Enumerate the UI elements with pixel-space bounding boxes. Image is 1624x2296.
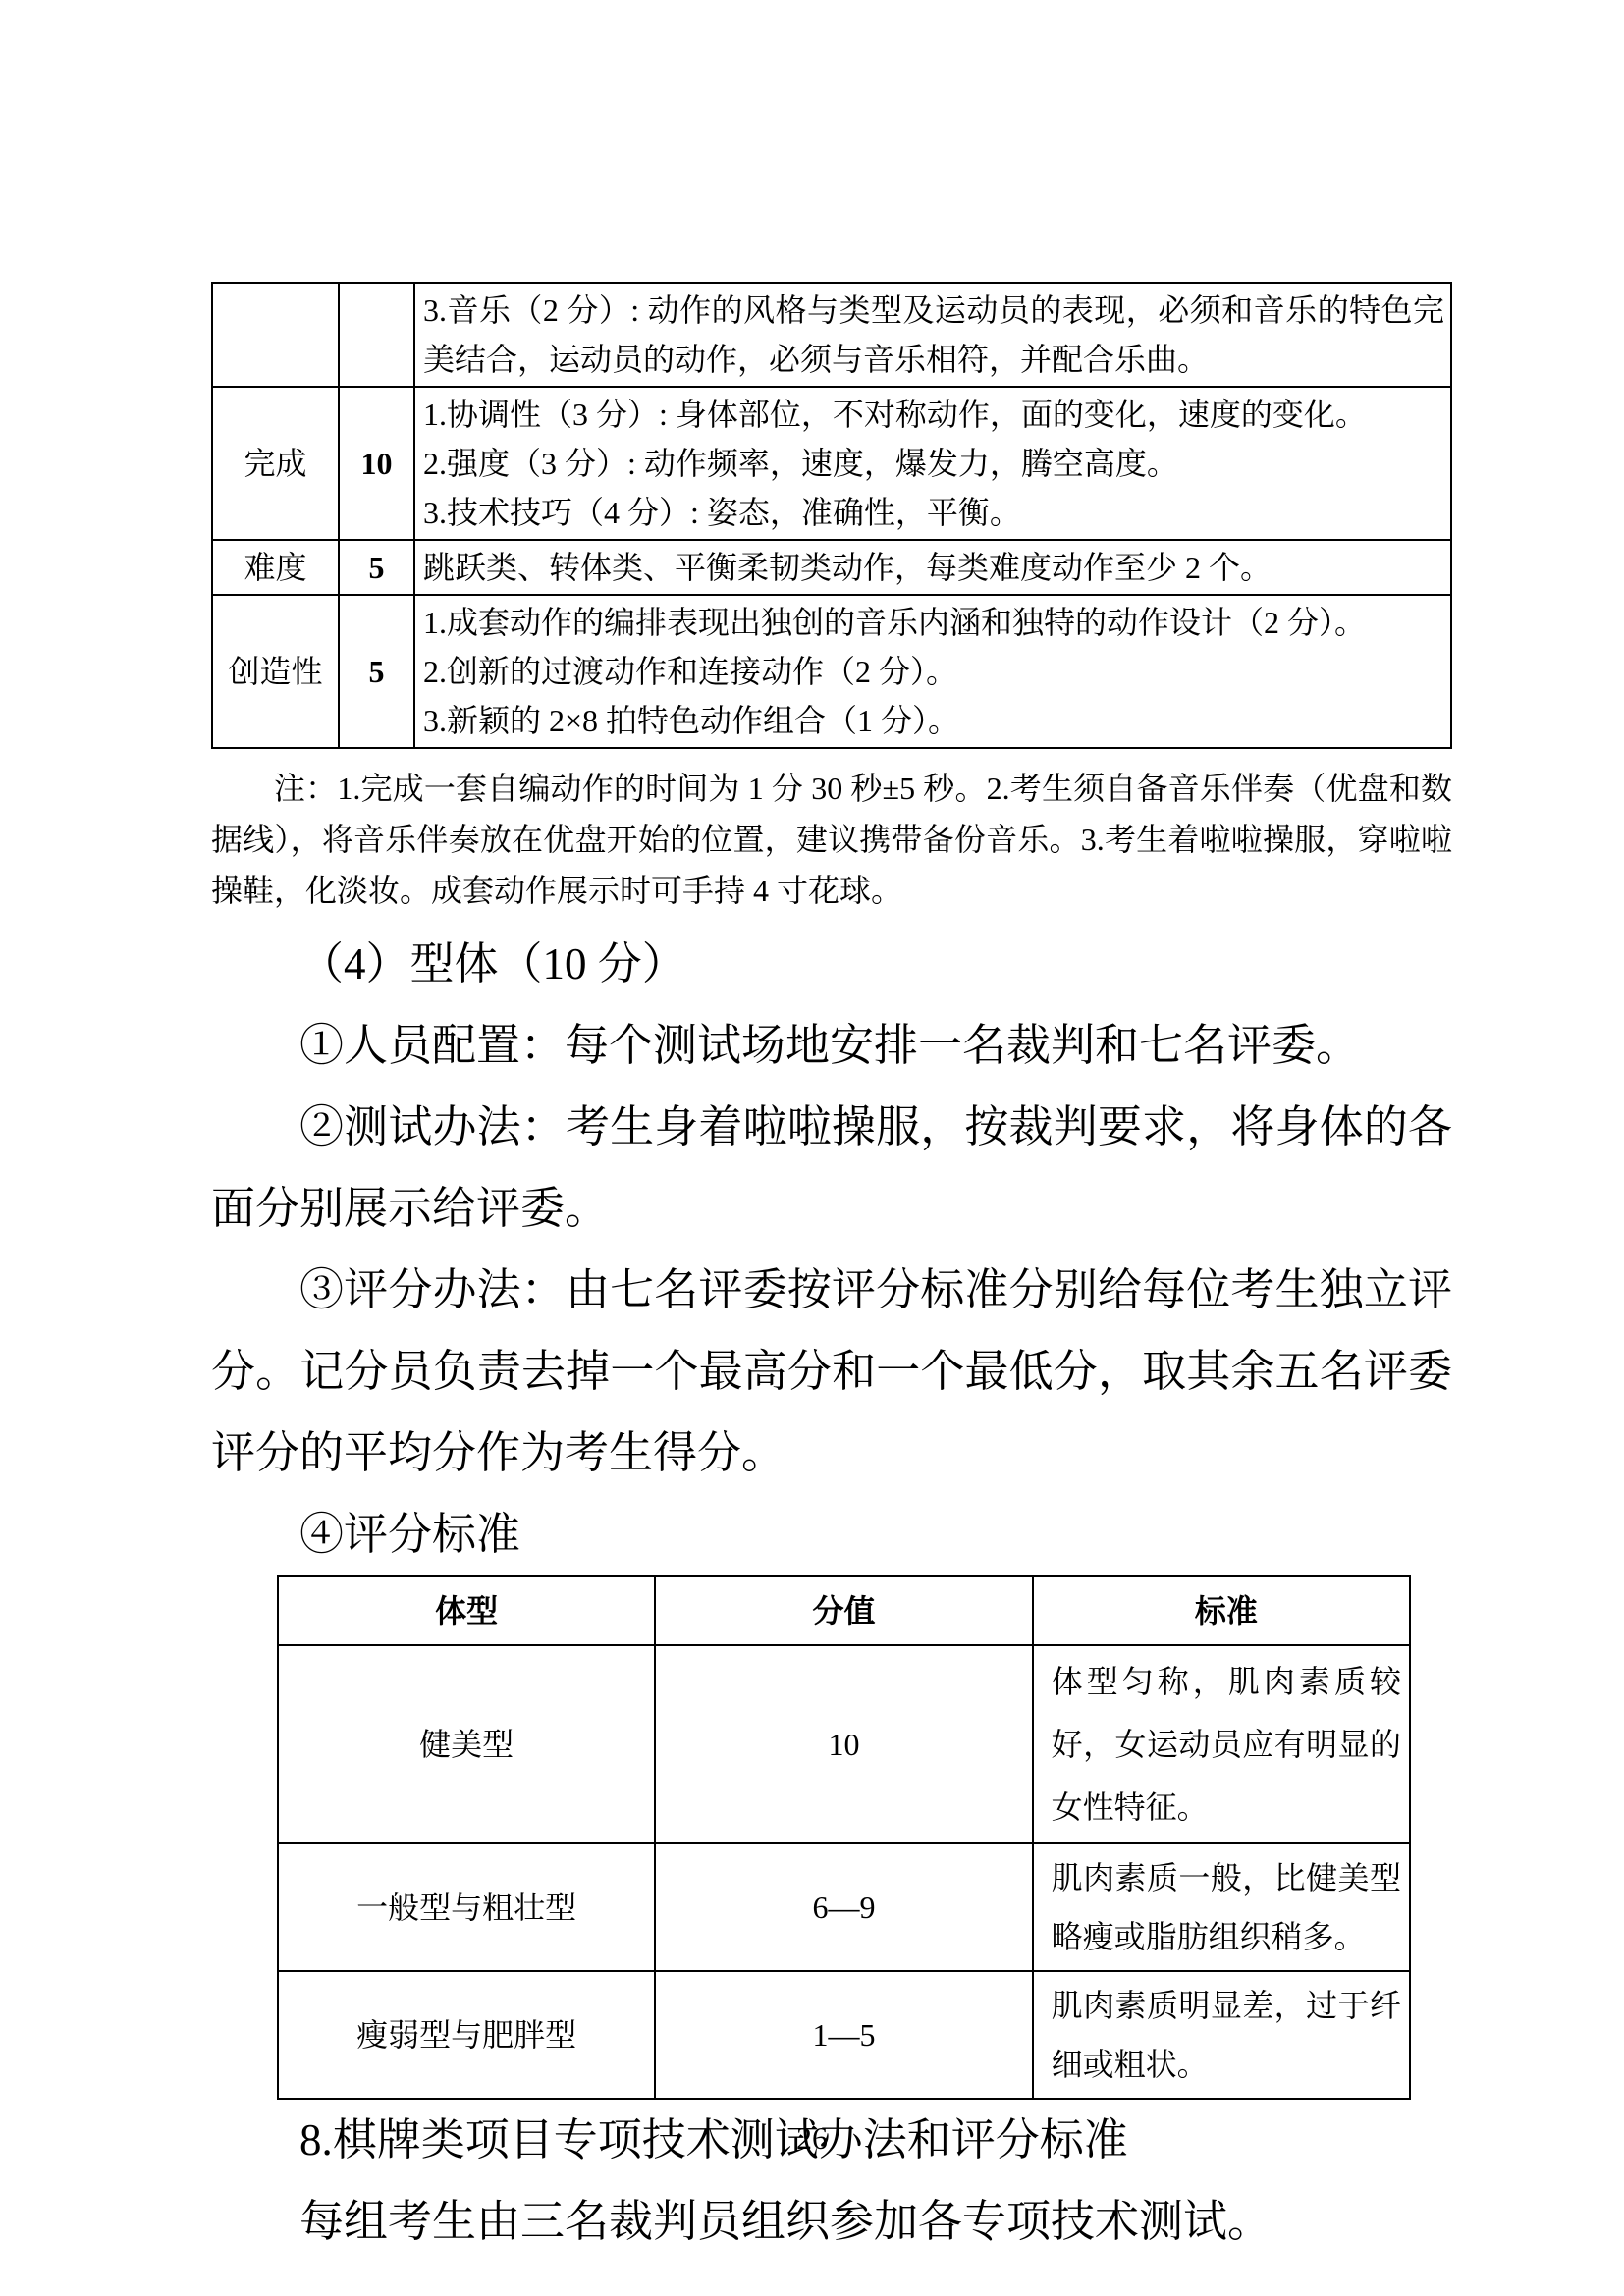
criterion-cell: 完成 — [212, 387, 339, 540]
score-cell: 6—9 — [655, 1843, 1032, 1971]
body-type-standard-table: 体型 分值 标准 健美型 10 体型匀称，肌肉素质较好，女运动员应有明显的女性特… — [277, 1575, 1411, 2100]
description-line: 3.技术技巧（4 分）: 姿态，准确性，平衡。 — [423, 488, 1444, 537]
criterion-cell: 创造性 — [212, 595, 339, 748]
cheerleading-scoring-table: 3.音乐（2 分）: 动作的风格与类型及运动员的表现，必须和音乐的特色完美结合，… — [211, 282, 1452, 749]
standard-cell: 体型匀称，肌肉素质较好，女运动员应有明显的女性特征。 — [1033, 1645, 1410, 1843]
body-type-cell: 一般型与粗壮型 — [278, 1843, 655, 1971]
paragraph-scoring-method: ③评分办法：由七名评委按评分标准分别给每位考生独立评分。记分员负责去掉一个最高分… — [211, 1250, 1452, 1494]
paragraph-test-method: ②测试办法：考生身着啦啦操服，按裁判要求，将身体的各面分别展示给评委。 — [211, 1087, 1452, 1250]
table-row-average: 一般型与粗壮型 6—9 肌肉素质一般，比健美型略瘦或脂肪组织稍多。 — [278, 1843, 1410, 1971]
page-number: 26 — [0, 2120, 1624, 2157]
table-row-creativity: 创造性 5 1.成套动作的编排表现出独创的音乐内涵和独特的动作设计（2 分）。 … — [212, 595, 1451, 748]
page-content: 3.音乐（2 分）: 动作的风格与类型及运动员的表现，必须和音乐的特色完美结合，… — [211, 282, 1452, 2263]
table-row-music: 3.音乐（2 分）: 动作的风格与类型及运动员的表现，必须和音乐的特色完美结合，… — [212, 283, 1451, 387]
heading-body-shape: （4）型体（10 分） — [211, 924, 1452, 1005]
table-row-completion: 完成 10 1.协调性（3 分）: 身体部位，不对称动作，面的变化，速度的变化。… — [212, 387, 1451, 540]
description-cell: 1.协调性（3 分）: 身体部位，不对称动作，面的变化，速度的变化。 2.强度（… — [414, 387, 1451, 540]
description-cell: 1.成套动作的编排表现出独创的音乐内涵和独特的动作设计（2 分）。 2.创新的过… — [414, 595, 1451, 748]
document-page: 3.音乐（2 分）: 动作的风格与类型及运动员的表现，必须和音乐的特色完美结合，… — [0, 0, 1624, 2296]
description-line: 2.创新的过渡动作和连接动作（2 分）。 — [423, 647, 1444, 696]
score-cell — [339, 283, 414, 387]
table-note: 注：1.完成一套自编动作的时间为 1 分 30 秒±5 秒。2.考生须自备音乐伴… — [211, 763, 1452, 916]
criterion-cell: 难度 — [212, 540, 339, 595]
score-cell: 5 — [339, 595, 414, 748]
header-body-type: 体型 — [278, 1576, 655, 1645]
table-header-row: 体型 分值 标准 — [278, 1576, 1410, 1645]
score-cell: 10 — [339, 387, 414, 540]
body-type-cell: 健美型 — [278, 1645, 655, 1843]
body-type-cell: 瘦弱型与肥胖型 — [278, 1971, 655, 2099]
score-cell: 5 — [339, 540, 414, 595]
description-line: 2.强度（3 分）: 动作频率，速度，爆发力，腾空高度。 — [423, 439, 1444, 488]
paragraph-chess-groups: 每组考生由三名裁判员组织参加各专项技术测试。 — [211, 2181, 1452, 2263]
table-row-athletic: 健美型 10 体型匀称，肌肉素质较好，女运动员应有明显的女性特征。 — [278, 1645, 1410, 1843]
description-cell: 3.音乐（2 分）: 动作的风格与类型及运动员的表现，必须和音乐的特色完美结合，… — [414, 283, 1451, 387]
description-line: 1.成套动作的编排表现出独创的音乐内涵和独特的动作设计（2 分）。 — [423, 598, 1444, 647]
description-line: 跳跃类、转体类、平衡柔韧类动作，每类难度动作至少 2 个。 — [423, 543, 1444, 592]
paragraph-scoring-standard-label: ④评分标准 — [211, 1494, 1452, 1575]
description-line: 3.新颖的 2×8 拍特色动作组合（1 分）。 — [423, 696, 1444, 745]
description-cell: 跳跃类、转体类、平衡柔韧类动作，每类难度动作至少 2 个。 — [414, 540, 1451, 595]
criterion-cell — [212, 283, 339, 387]
score-cell: 10 — [655, 1645, 1032, 1843]
table-row-difficulty: 难度 5 跳跃类、转体类、平衡柔韧类动作，每类难度动作至少 2 个。 — [212, 540, 1451, 595]
paragraph-staffing: ①人员配置：每个测试场地安排一名裁判和七名评委。 — [211, 1005, 1452, 1087]
standard-cell: 肌肉素质一般，比健美型略瘦或脂肪组织稍多。 — [1033, 1843, 1410, 1971]
score-cell: 1—5 — [655, 1971, 1032, 2099]
header-standard: 标准 — [1033, 1576, 1410, 1645]
standard-cell: 肌肉素质明显差，过于纤细或粗状。 — [1033, 1971, 1410, 2099]
header-score: 分值 — [655, 1576, 1032, 1645]
description-line: 3.音乐（2 分）: 动作的风格与类型及运动员的表现，必须和音乐的特色完美结合，… — [423, 286, 1444, 384]
description-line: 1.协调性（3 分）: 身体部位，不对称动作，面的变化，速度的变化。 — [423, 390, 1444, 439]
table-row-thin-fat: 瘦弱型与肥胖型 1—5 肌肉素质明显差，过于纤细或粗状。 — [278, 1971, 1410, 2099]
